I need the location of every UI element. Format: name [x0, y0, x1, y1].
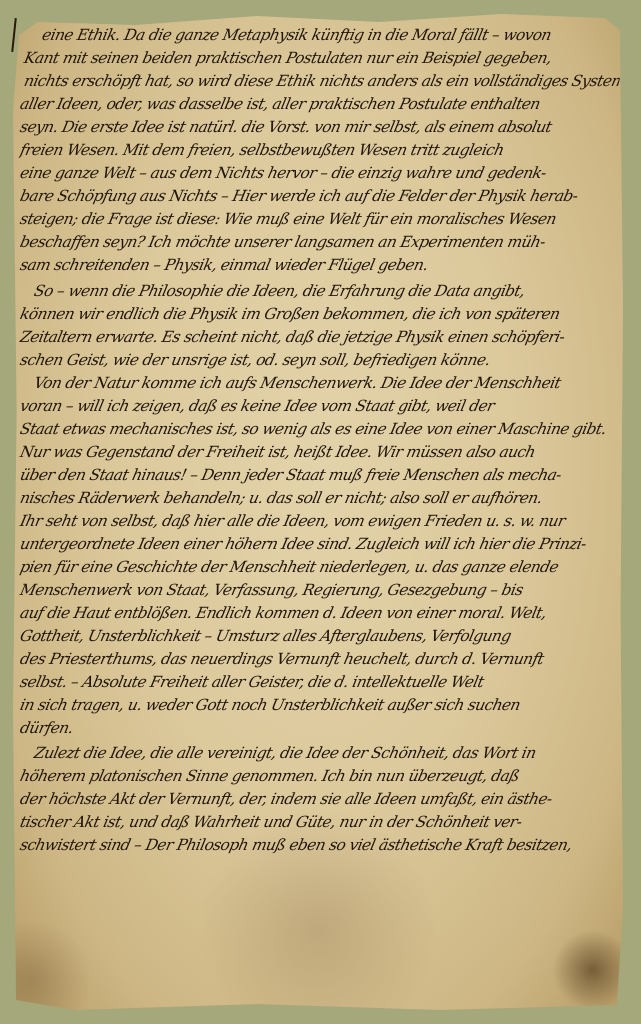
- manuscript-line: voran – will ich zeigen, daß es keine Id…: [18, 395, 618, 417]
- manuscript-line: in sich tragen, u. weder Gott noch Unste…: [18, 694, 618, 716]
- manuscript-line: pien für eine Geschichte der Menschheit …: [18, 556, 618, 578]
- manuscript-line: untergeordnete Ideen einer höhern Idee s…: [18, 533, 618, 555]
- manuscript-line: auf die Haut entblößen. Endlich kommen d…: [18, 602, 618, 624]
- manuscript-line: nichts erschöpft hat, so wird diese Ethi…: [18, 70, 622, 92]
- manuscript-line: Von der Natur komme ich aufs Menschenwer…: [18, 372, 632, 394]
- manuscript-line: dürfen.: [18, 717, 618, 739]
- manuscript-line: des Priesterthums, das neuerdings Vernun…: [18, 648, 618, 670]
- margin-ink-stroke: [11, 18, 17, 52]
- manuscript-line: Ihr seht von selbst, daß hier alle die I…: [18, 510, 618, 532]
- manuscript-line: nisches Räderwerk behandeln; u. das soll…: [18, 487, 618, 509]
- manuscript-line: höherem platonischen Sinne genommen. Ich…: [18, 765, 618, 787]
- manuscript-line: steigen; die Frage ist diese: Wie muß ei…: [18, 208, 618, 230]
- manuscript-line: bare Schöpfung aus Nichts – Hier werde i…: [18, 185, 618, 207]
- manuscript-line: So – wenn die Philosophie die Ideen, die…: [18, 280, 632, 302]
- manuscript-line: schen Geist, wie der unsrige ist, od. se…: [18, 349, 618, 371]
- manuscript-line: eine ganze Welt – aus dem Nichts hervor …: [18, 162, 618, 184]
- manuscript-line: über den Staat hinaus! – Denn jeder Staa…: [18, 464, 618, 486]
- manuscript-line: schwistert sind – Der Philosoph muß eben…: [18, 834, 618, 856]
- manuscript-line: freien Wesen. Mit dem freien, selbstbewu…: [18, 139, 618, 161]
- manuscript-line: Gottheit, Unsterblichkeit – Umsturz alle…: [18, 625, 618, 647]
- manuscript-line: Nur was Gegenstand der Freiheit ist, hei…: [18, 441, 618, 463]
- manuscript-line: Menschenwerk von Staat, Verfassung, Regi…: [18, 579, 618, 601]
- manuscript-line: beschaffen seyn? Ich möchte unserer lang…: [18, 231, 618, 253]
- manuscript-line: Zeitaltern erwarte. Es scheint nicht, da…: [18, 326, 618, 348]
- manuscript-line: Kant mit seinen beiden praktischen Postu…: [18, 47, 622, 69]
- manuscript-line: Staat etwas mechanisches ist, so wenig a…: [18, 418, 618, 440]
- manuscript-line: aller Ideen, oder, was dasselbe ist, all…: [18, 93, 618, 115]
- manuscript-line: tischer Akt ist, und daß Wahrheit und Gü…: [18, 811, 618, 833]
- manuscript-line: seyn. Die erste Idee ist natürl. die Vor…: [18, 116, 618, 138]
- manuscript-line: sam schreitenden – Physik, einmal wieder…: [18, 254, 618, 276]
- manuscript-line: können wir endlich die Physik im Großen …: [18, 303, 618, 325]
- manuscript-line: Zulezt die Idee, die alle vereinigt, die…: [18, 742, 632, 764]
- manuscript-line: der höchste Akt der Vernunft, der, indem…: [18, 788, 618, 810]
- manuscript-line: selbst. – Absolute Freiheit aller Geiste…: [18, 671, 618, 693]
- manuscript-line: eine Ethik. Da die ganze Metaphysik künf…: [18, 24, 640, 46]
